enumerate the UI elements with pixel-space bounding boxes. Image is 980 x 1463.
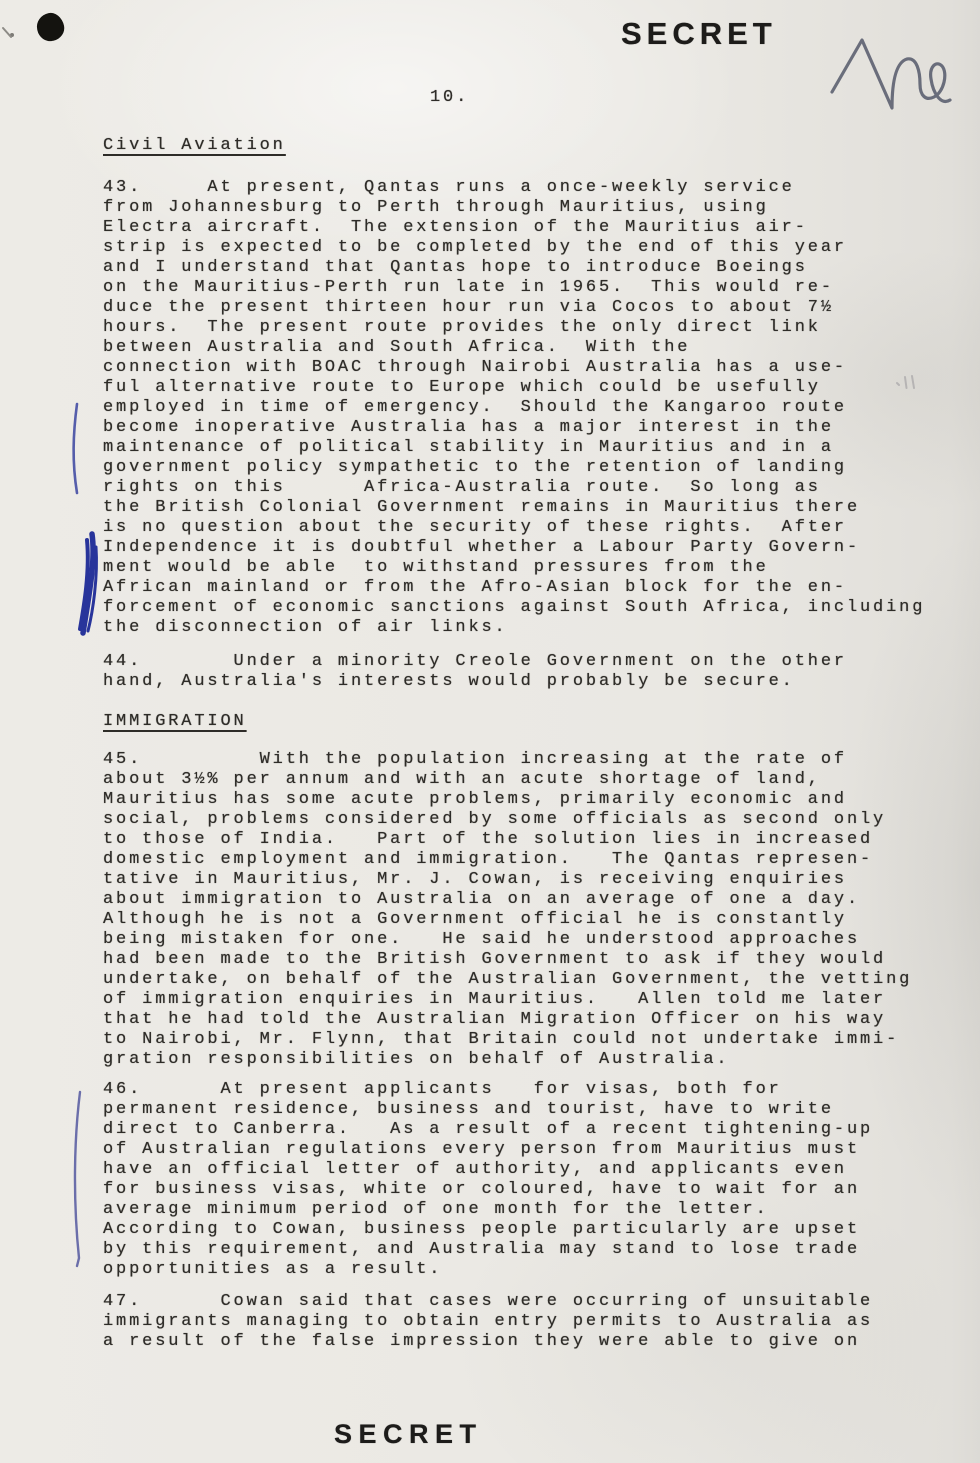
paragraph-46: 46. At present applicants for visas, bot… <box>103 1080 873 1280</box>
document-page: SECRET 10. Civil Aviation 43. At present… <box>0 0 980 1463</box>
hole-punch-mark <box>34 10 66 43</box>
paragraph-44: 44. Under a minority Creole Government o… <box>103 652 847 692</box>
heading-civil-aviation: Civil Aviation <box>103 136 286 156</box>
paragraph-45: 45. With the population increasing at th… <box>103 750 912 1070</box>
blue-margin-double-stroke <box>80 534 96 633</box>
paragraph-43: 43. At present, Qantas runs a once-weekl… <box>103 178 925 638</box>
ink-speck <box>10 33 14 37</box>
heading-immigration: IMMIGRATION <box>103 712 247 732</box>
blue-margin-line-upper <box>74 404 77 493</box>
classification-footer: SECRET <box>334 1419 483 1450</box>
classification-header: SECRET <box>621 16 777 52</box>
handwritten-initials-icon <box>832 40 950 108</box>
paragraph-47: 47. Cowan said that cases were occurring… <box>103 1292 873 1352</box>
page-number: 10. <box>430 88 469 107</box>
blue-margin-line-lower <box>75 1092 80 1266</box>
